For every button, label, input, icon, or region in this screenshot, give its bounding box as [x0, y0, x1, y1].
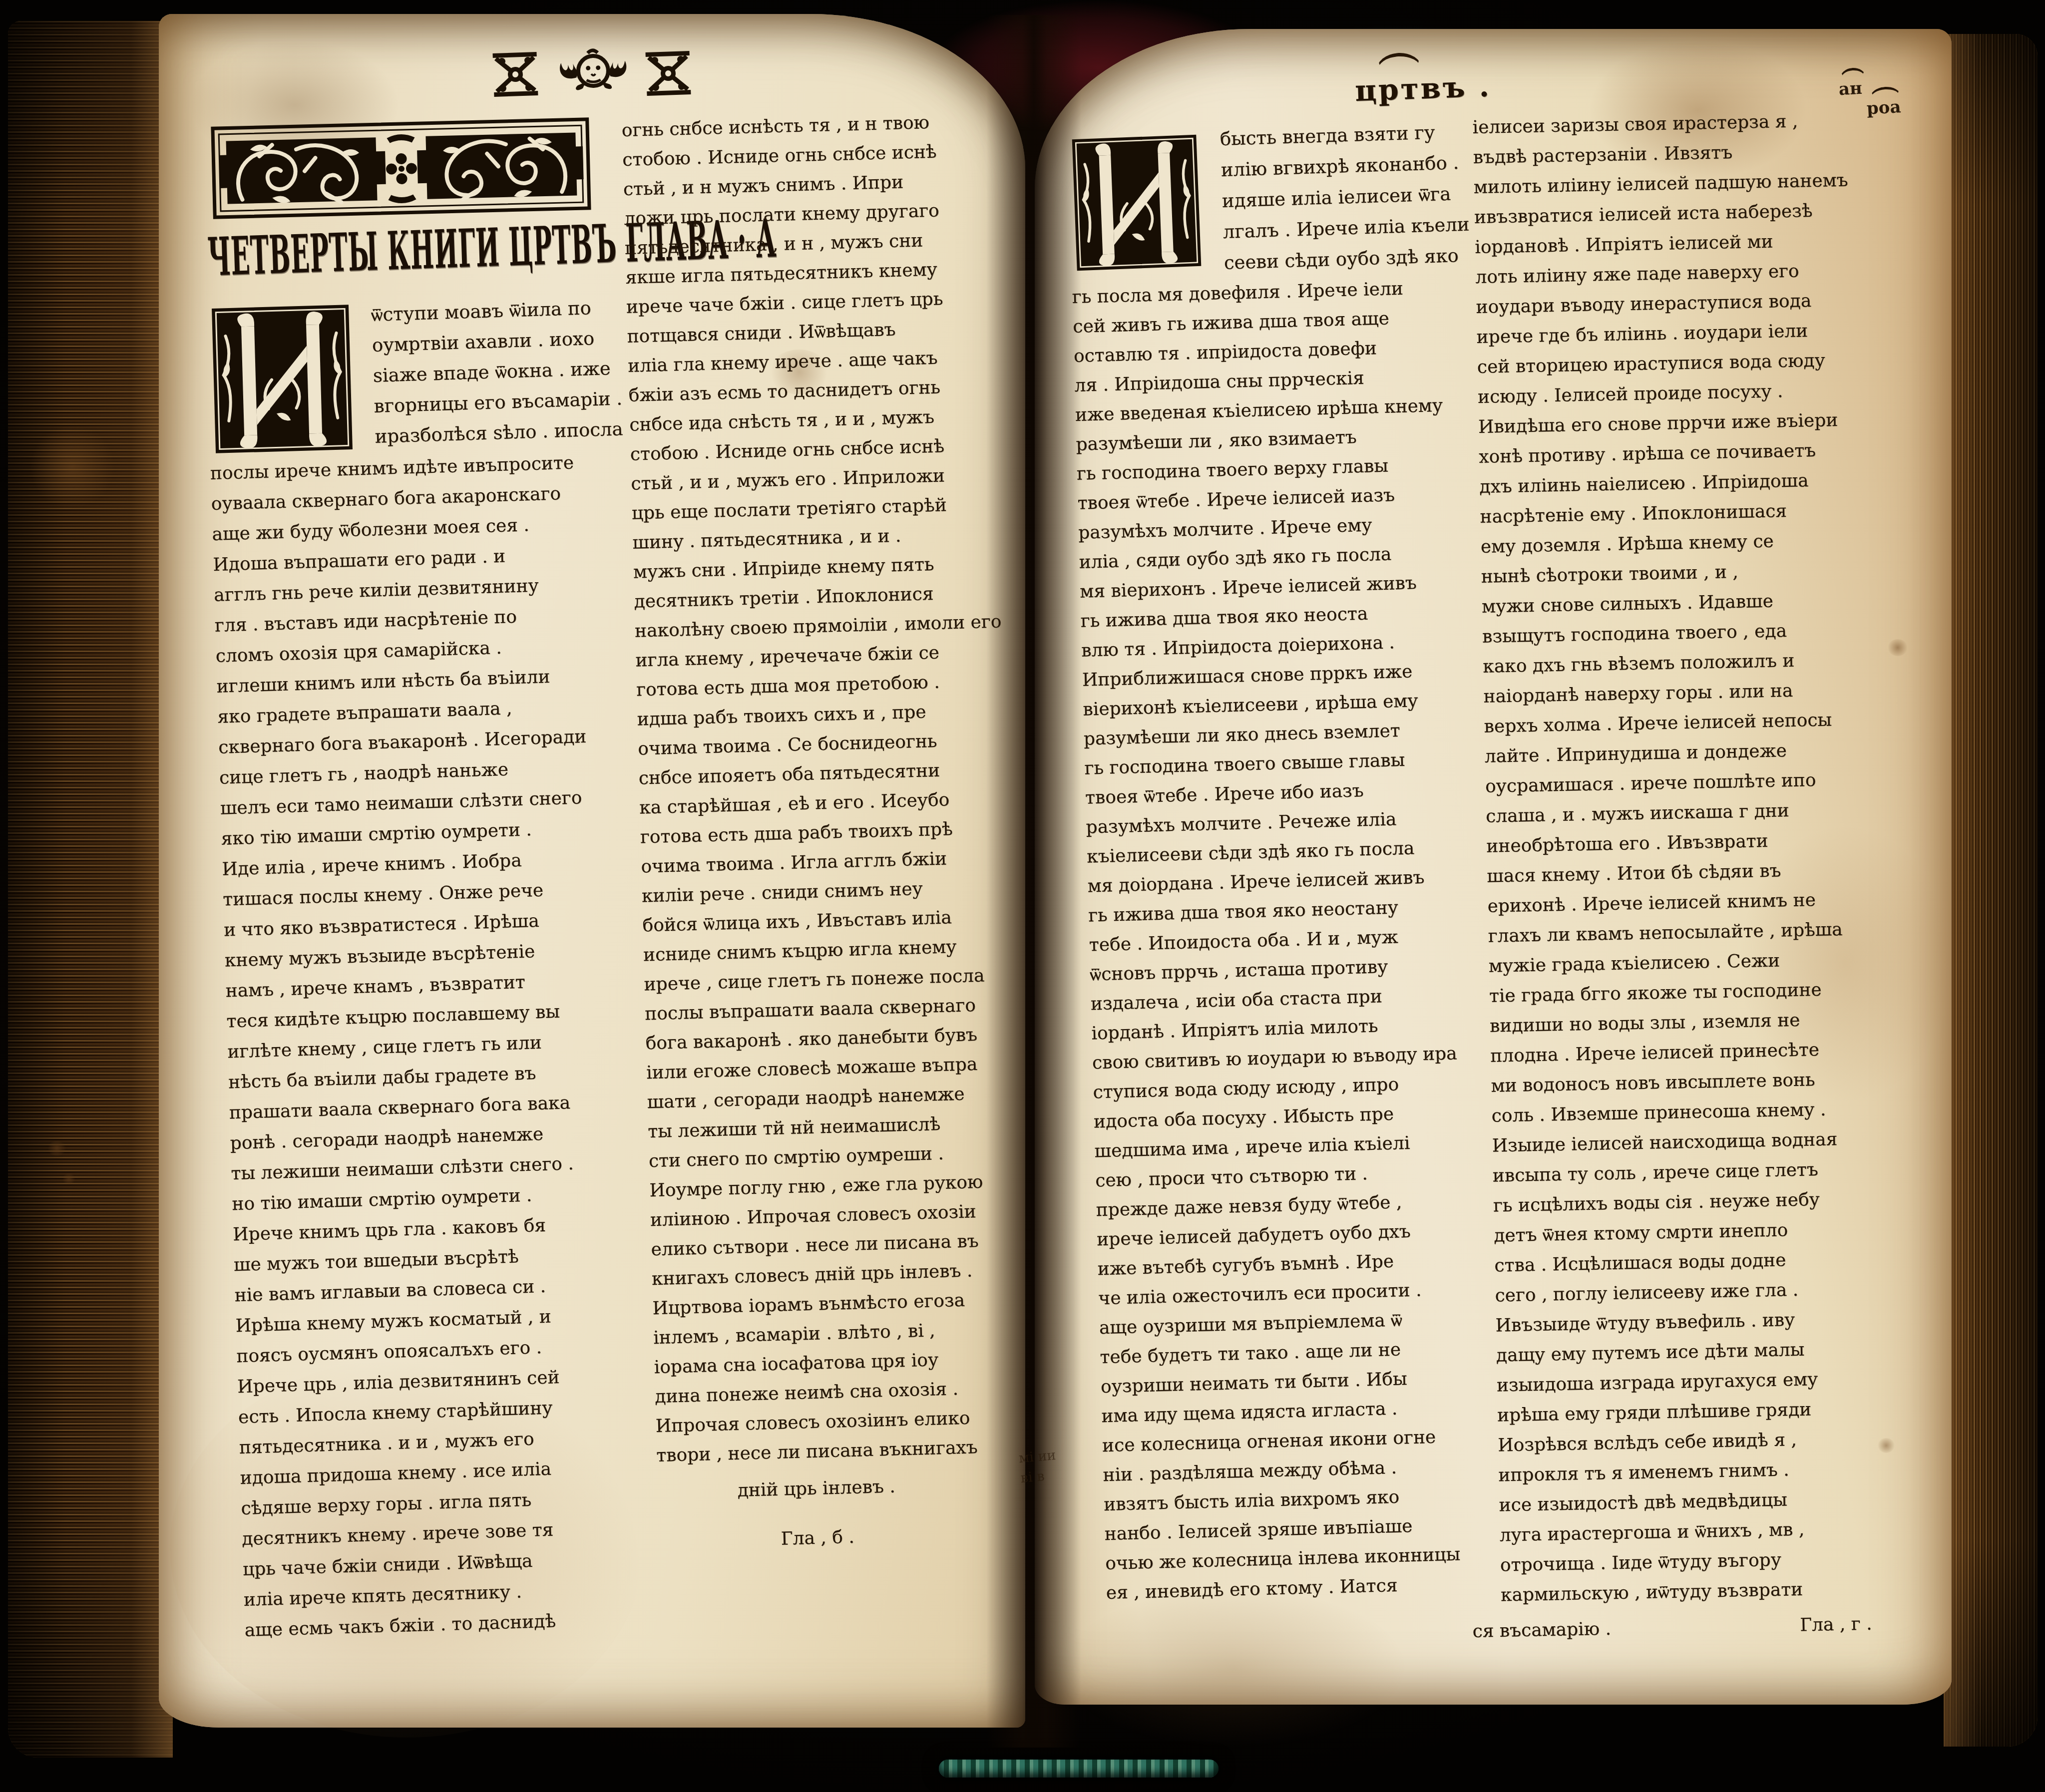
endband: [939, 1760, 1219, 1778]
cherub-stamp: [552, 44, 634, 99]
text-line: ві в: [1020, 1465, 1058, 1488]
drop-initial-left: [210, 303, 355, 455]
left-fore-edge-shade: [8, 21, 173, 1758]
headpiece-woodcut: [211, 116, 592, 222]
column-1-intro: ѿступи моавъ ѿіила пооумртвіи ахавли . и…: [371, 292, 624, 451]
column-2-explicit: дній црь інлевъ . Гла , б .: [621, 1469, 1013, 1558]
column-4-body: іелисеи заризы своя ирастерза я ,въдвѣ р…: [1472, 106, 1875, 1611]
text-line: мі ии: [1018, 1445, 1057, 1468]
column-4-last-left: ся въсамарію .: [1472, 1614, 1611, 1647]
ornament-stamp-left: [489, 49, 541, 99]
running-head: цртвъ .: [1354, 69, 1492, 107]
column-3-body: гь посла мя довефиля . Ирече іелисей жив…: [1072, 273, 1474, 1608]
column-2-body: огнь снбсе иснѣсть тя , и н твоюстобою .…: [621, 106, 1023, 1470]
drop-initial-right: [1070, 125, 1203, 280]
quire-signature: ан: [1838, 78, 1863, 99]
ornament-stamp-right: [642, 48, 694, 98]
folio-number: роа: [1866, 97, 1901, 119]
marginal-gloss: мі ииві в: [1018, 1445, 1059, 1488]
chapter-3-marker: Гла , г .: [1800, 1609, 1872, 1641]
book-photo: ЧЕТВЕРТЫ КНИГИ ЦРТВЪ ГЛАВА · А: [0, 0, 2045, 1792]
column-3-intro: бысть внегда взяти гуилію вгвихрѣ яконан…: [1220, 116, 1471, 278]
right-page-block-edge-shade: [1944, 34, 2038, 1747]
column-1-body: послы ирече книмъ идѣте ивъпроситеоуваал…: [210, 447, 613, 1646]
